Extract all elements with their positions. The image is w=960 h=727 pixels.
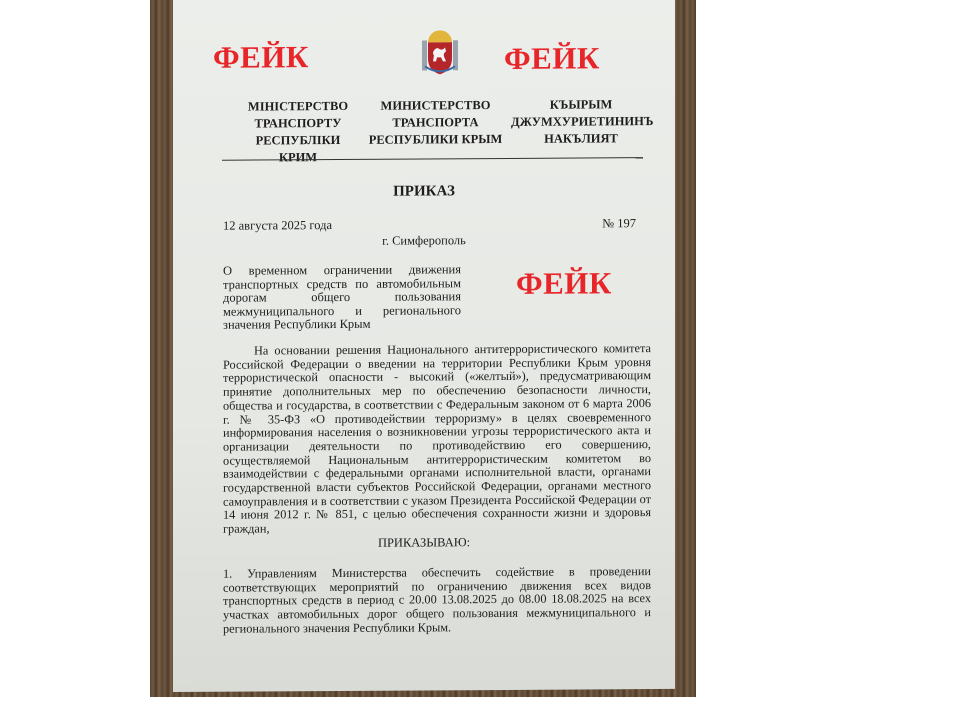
header-russian: МИНИСТЕРСТВОТРАНСПОРТАРЕСПУБЛИКИ КРЫМ [368,97,503,149]
document-city: г. Симферополь [173,232,675,250]
document-subject: О временном ограничении движения транспо… [223,263,461,332]
header-ukrainian: МІНІСТЕРСТВОТРАНСПОРТУРЕСПУБЛІКИ КРИМ [238,98,358,167]
fake-stamp-top-left: ФЕЙК [213,39,309,76]
order-heading: ПРИКАЗЫВАЮ: [173,534,675,552]
document-preamble: На основании решения Национального антит… [223,342,651,536]
document-title: ПРИКАЗ [173,182,675,202]
fake-stamp-top-right: ФЕЙК [504,40,600,77]
document-page: ФЕЙК ФЕЙК ФЕЙК МІНІСТЕРСТВОТРАНСПОРТУРЕС… [173,0,675,692]
document-photo: ФЕЙК ФЕЙК ФЕЙК МІНІСТЕРСТВОТРАНСПОРТУРЕС… [150,0,696,697]
order-item-1: 1. Управлениям Министерства обеспечить с… [223,565,651,636]
document-number: № 197 [602,216,636,231]
header-crimean-tatar: КЪЫРЫМДЖУМХУРИЕТИНИНЪНАКЪЛИЯТ [511,96,651,148]
crimea-coat-of-arms-icon [420,28,460,76]
fake-stamp-middle: ФЕЙК [516,265,612,302]
document-date: 12 августа 2025 года [223,218,332,234]
